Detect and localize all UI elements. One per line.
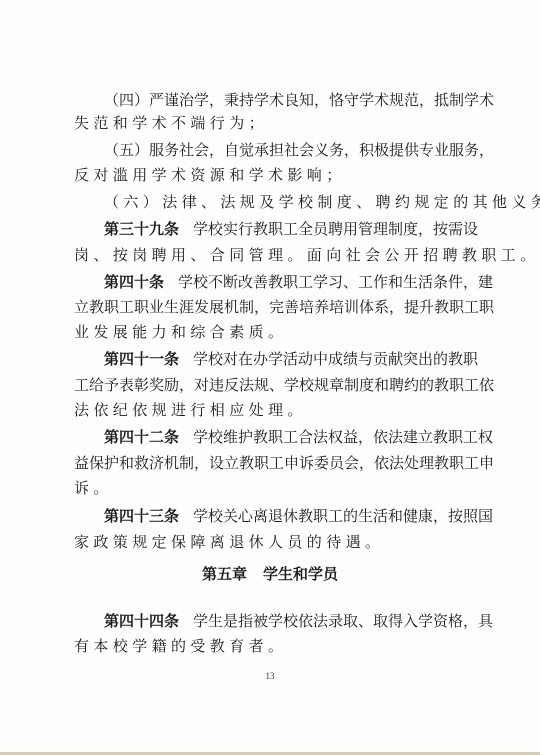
text-line: 反对滥用学术资源和学术影响； <box>74 164 472 186</box>
article-label: 第四十一条 <box>74 350 179 368</box>
line-text: 法依纪依规进行相应处理。 <box>74 401 307 419</box>
article-label: 第四十三条 <box>74 507 179 525</box>
article-label: 第三十九条 <box>74 220 179 238</box>
article-40: 第四十条学校不断改善教职工学习、工作和生活条件，建 <box>74 271 472 293</box>
line-text: 失范和学术不端行为； <box>74 114 268 132</box>
text-line: 诉。 <box>74 477 472 499</box>
line-text: （五）服务社会，自觉承担社会义务，积极提供专业服务， <box>74 141 494 159</box>
line-text: 有本校学籍的受教育者。 <box>74 637 287 655</box>
text-line: （六）法律、法规及学校制度、聘约规定的其他义务。 <box>74 191 472 213</box>
line-text: 立教职工职业生涯发展机制，完善培养培训体系，提升教职工职 <box>74 298 494 316</box>
line-text: 工给予表彰奖励，对违反法规、学校规章制度和聘约的教职工依 <box>74 376 494 394</box>
chapter-heading: 第五章学生和学员 <box>0 563 540 585</box>
line-text: （六）法律、法规及学校制度、聘约规定的其他义务。 <box>74 193 540 211</box>
text-line: 岗、按岗聘用、合同管理。面向社会公开招聘教职工。 <box>74 244 472 266</box>
text-line: 家政策规定保障离退休人员的待遇。 <box>74 531 472 553</box>
line-text: 学校维护教职工合法权益，依法建立教职工权 <box>193 428 493 446</box>
text-line: 业发展能力和综合素质。 <box>74 321 472 343</box>
article-label: 第四十四条 <box>74 612 179 630</box>
line-text: 学校不断改善教职工学习、工作和生活条件，建 <box>178 273 493 291</box>
line-text: 益保护和救济机制，设立教职工申诉委员会，依法处理教职工申 <box>74 454 494 472</box>
chapter-number: 第五章 <box>202 565 247 583</box>
line-text: 诉。 <box>74 479 113 497</box>
text-line: 法依纪依规进行相应处理。 <box>74 399 472 421</box>
text-line: （四）严谨治学，秉持学术良知，恪守学术规范，抵制学术 <box>74 89 472 111</box>
line-text: 反对滥用学术资源和学术影响； <box>74 166 346 184</box>
article-label: 第四十条 <box>74 273 164 291</box>
line-text: 学生是指被学校依法录取、取得入学资格，具 <box>193 612 493 630</box>
article-42: 第四十二条学校维护教职工合法权益，依法建立教职工权 <box>74 426 472 448</box>
line-text: 岗、按岗聘用、合同管理。面向社会公开招聘教职工。 <box>74 246 540 264</box>
article-43: 第四十三条学校关心离退休教职工的生活和健康，按照国 <box>74 505 472 527</box>
line-text: 家政策规定保障离退休人员的待遇。 <box>74 533 384 551</box>
text-line: （五）服务社会，自觉承担社会义务，积极提供专业服务， <box>74 139 472 161</box>
text-line: 有本校学籍的受教育者。 <box>74 635 472 657</box>
document-page: （四）严谨治学，秉持学术良知，恪守学术规范，抵制学术 失范和学术不端行为； （五… <box>0 0 540 752</box>
article-41: 第四十一条学校对在办学活动中成绩与贡献突出的教职 <box>74 348 472 370</box>
page-number: 13 <box>0 670 540 682</box>
line-text: 学校对在办学活动中成绩与贡献突出的教职 <box>193 350 478 368</box>
text-line: 立教职工职业生涯发展机制，完善培养培训体系，提升教职工职 <box>74 296 472 318</box>
line-text: 学校实行教职工全员聘用管理制度，按需设 <box>193 220 478 238</box>
line-text: （四）严谨治学，秉持学术良知，恪守学术规范，抵制学术 <box>74 91 494 109</box>
text-line: 工给予表彰奖励，对违反法规、学校规章制度和聘约的教职工依 <box>74 374 472 396</box>
text-line: 失范和学术不端行为； <box>74 112 472 134</box>
article-label: 第四十二条 <box>74 428 179 446</box>
text-line: 益保护和救济机制，设立教职工申诉委员会，依法处理教职工申 <box>74 452 472 474</box>
line-text: 学校关心离退休教职工的生活和健康，按照国 <box>193 507 493 525</box>
line-text: 业发展能力和综合素质。 <box>74 323 287 341</box>
chapter-title: 学生和学员 <box>263 565 338 583</box>
article-39: 第三十九条学校实行教职工全员聘用管理制度，按需设 <box>74 218 472 240</box>
article-44: 第四十四条学生是指被学校依法录取、取得入学资格，具 <box>74 610 472 632</box>
